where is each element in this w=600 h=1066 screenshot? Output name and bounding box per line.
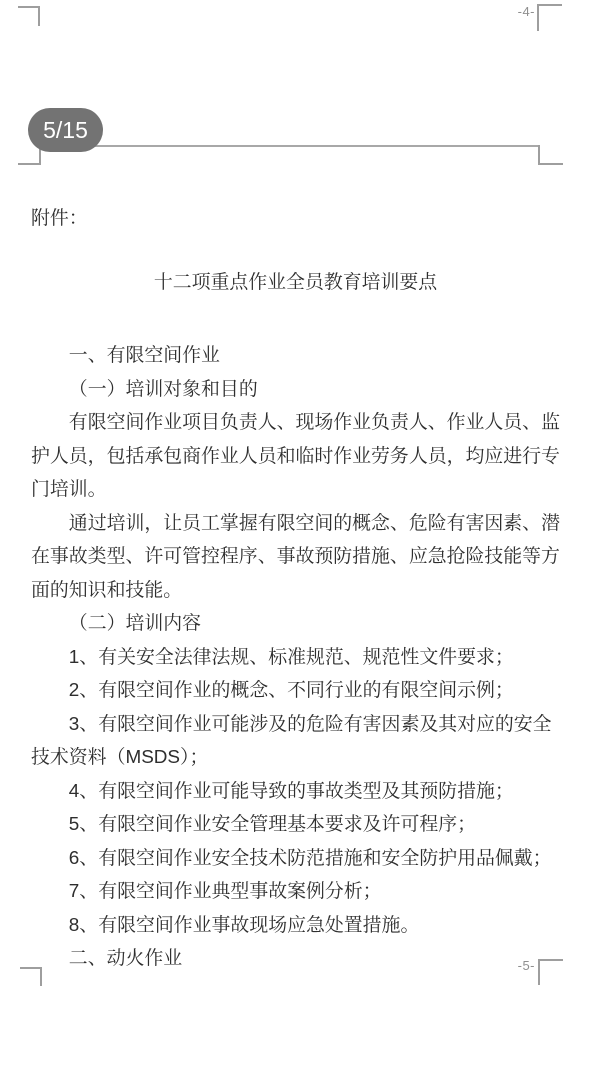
document-line: 2、有限空间作业的概念、不同行业的有限空间示例；: [31, 674, 560, 708]
document-line: （二）培训内容: [31, 607, 560, 641]
document-line: 一、有限空间作业: [31, 339, 560, 373]
document-line: 1、有关安全法律法规、标准规范、规范性文件要求；: [31, 641, 560, 675]
crop-mark-mid-right: [538, 145, 563, 165]
crop-mark-top-left: [18, 6, 40, 26]
document-line: 二、动火作业: [31, 942, 560, 976]
document-page: 附件： 十二项重点作业全员教育培训要点 一、有限空间作业（一）培训对象和目的有限…: [31, 202, 560, 976]
document-line: 8、有限空间作业事故现场应急处置措施。: [31, 909, 560, 943]
page-boundary-rule: [40, 145, 538, 147]
crop-mark-top-right: [537, 4, 562, 31]
document-line: 有限空间作业项目负责人、现场作业负责人、作业人员、监: [31, 406, 560, 440]
document-title: 十二项重点作业全员教育培训要点: [31, 266, 560, 300]
document-line: 护人员，包括承包商作业人员和临时作业劳务人员，均应进行专: [31, 440, 560, 474]
document-line: （一）培训对象和目的: [31, 373, 560, 407]
document-line: 通过培训，让员工掌握有限空间的概念、危险有害因素、潜: [31, 507, 560, 541]
document-line: 门培训。: [31, 473, 560, 507]
document-line: 7、有限空间作业典型事故案例分析；: [31, 875, 560, 909]
attachment-label: 附件：: [31, 202, 560, 236]
document-body-lines: 一、有限空间作业（一）培训对象和目的有限空间作业项目负责人、现场作业负责人、作业…: [31, 339, 560, 976]
document-line: 5、有限空间作业安全管理基本要求及许可程序；: [31, 808, 560, 842]
page-indicator-label: 5/15: [43, 117, 88, 144]
document-line: 4、有限空间作业可能导致的事故类型及其预防措施；: [31, 775, 560, 809]
page-number-previous: -4-: [501, 5, 535, 19]
document-line: 3、有限空间作业可能涉及的危险有害因素及其对应的安全: [31, 708, 560, 742]
document-line: 面的知识和技能。: [31, 574, 560, 608]
page-indicator-badge: 5/15: [28, 108, 103, 152]
document-viewer: { "viewer": { "page_badge": "5/15" }, "p…: [0, 0, 600, 1066]
document-line: 6、有限空间作业安全技术防范措施和安全防护用品佩戴；: [31, 842, 560, 876]
document-line: 在事故类型、许可管控程序、事故预防措施、应急抢险技能等方: [31, 540, 560, 574]
document-line: 技术资料（MSDS）；: [31, 741, 560, 775]
